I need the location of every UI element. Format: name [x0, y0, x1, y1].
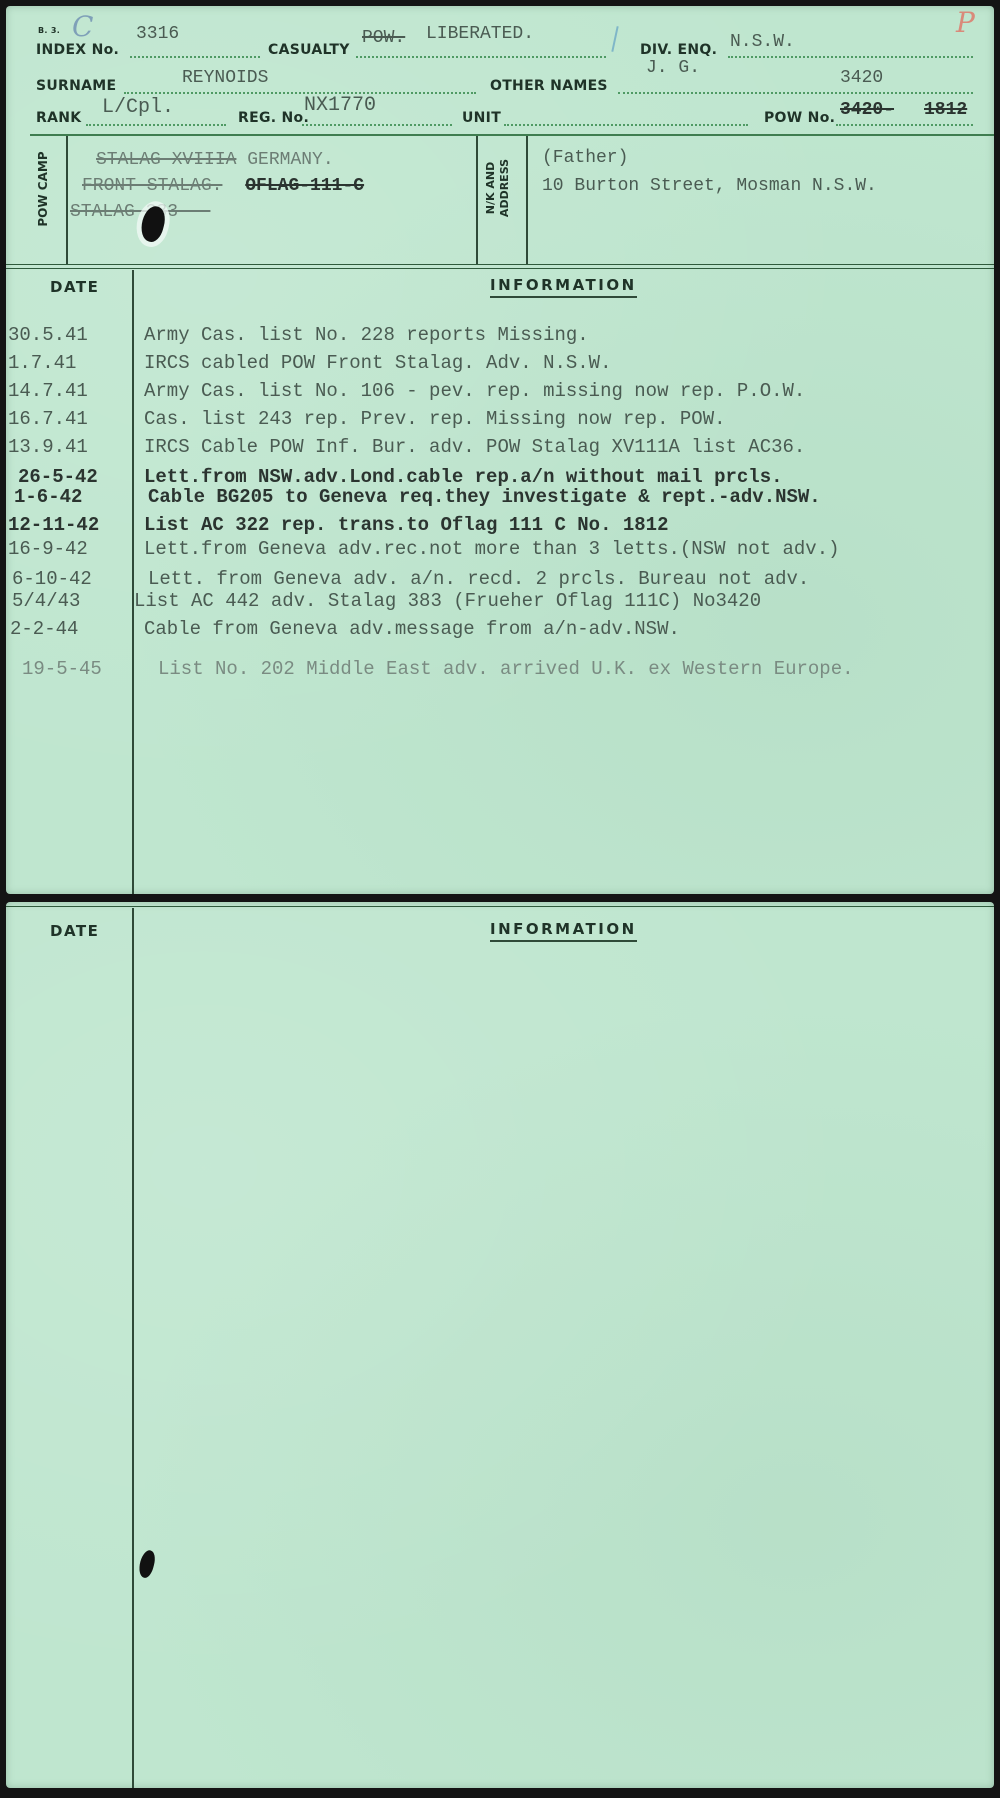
back-date-column-header: DATE — [50, 922, 99, 940]
reg-no-value: NX1770 — [304, 94, 376, 117]
table-divider-a — [6, 264, 994, 265]
nk-right-divider — [526, 136, 528, 264]
back-punch-mark — [137, 1549, 158, 1580]
blue-tick-mark — [611, 26, 618, 52]
row-information: Army Cas. list No. 228 reports Missing. — [144, 324, 589, 346]
row-date: 16.7.41 — [8, 408, 88, 430]
row-information: IRCS cabled POW Front Stalag. Adv. N.S.W… — [144, 352, 611, 374]
back-top-divider — [6, 906, 994, 907]
rank-line — [86, 124, 226, 126]
pow-camp-line-3: STALAG 383--- — [70, 202, 210, 222]
table-column-divider — [132, 270, 134, 894]
record-card-front: B. 3. C P INDEX No. 3316 CASUALTY POW. L… — [6, 6, 994, 894]
row-date: 5/4/43 — [12, 590, 80, 612]
row-date: 26-5-42 — [18, 466, 98, 488]
div-enq-value: N.S.W. — [730, 32, 795, 52]
surname-line — [124, 92, 476, 94]
row-information: Cas. list 243 rep. Prev. rep. Missing no… — [144, 408, 726, 430]
pow-camp-line-1-text: GERMANY. — [236, 150, 333, 170]
pow-camp-label: POW CAMP — [36, 134, 50, 244]
blue-pencil-mark: C — [72, 10, 93, 43]
row-date: 2-2-44 — [10, 618, 78, 640]
pow-no-line — [836, 124, 973, 126]
row-date: 14.7.41 — [8, 380, 88, 402]
row-date: 16-9-42 — [8, 538, 88, 560]
information-column-header: INFORMATION — [490, 276, 637, 298]
pow-no-struck-1: 3420- — [840, 100, 894, 120]
div-enq-line — [728, 56, 973, 58]
pow-camp-divider — [66, 136, 68, 264]
surname-value: REYNOIDS — [182, 68, 268, 88]
nk-address: 10 Burton Street, Mosman N.S.W. — [542, 176, 877, 196]
nk-label-line-2: ADDRESS — [498, 159, 511, 217]
rank-value: L/Cpl. — [102, 96, 174, 119]
index-no-value: 3316 — [136, 24, 179, 44]
unit-line — [504, 124, 748, 126]
pow-camp-line-2-struck: FRONT-STALAG. — [82, 176, 222, 196]
row-information: Cable from Geneva adv.message from a/n-a… — [144, 618, 680, 640]
row-information: Lett.from NSW.adv.Lond.cable rep.a/n wit… — [144, 466, 783, 488]
pow-camp-line-2-struck-bold: OFLAG-111-C — [245, 176, 364, 196]
casualty-label: CASUALTY — [268, 42, 350, 58]
unit-label: UNIT — [462, 110, 501, 126]
nk-relation: (Father) — [542, 148, 628, 168]
back-column-divider — [132, 908, 134, 1788]
red-pencil-mark: P — [956, 6, 975, 39]
row-information: Army Cas. list No. 106 - pev. rep. missi… — [144, 380, 805, 402]
row-information: List AC 442 adv. Stalag 383 (Frueher Ofl… — [134, 590, 761, 612]
reg-no-label: REG. No. — [238, 110, 309, 126]
row-information: List No. 202 Middle East adv. arrived U.… — [158, 658, 854, 680]
row-information: Lett. from Geneva adv. a/n. recd. 2 prcl… — [148, 568, 809, 590]
index-no-label: INDEX No. — [36, 42, 119, 58]
back-information-column-header: INFORMATION — [490, 920, 637, 942]
nk-address-label: N/K ANDADDRESS — [484, 138, 512, 238]
row-information: IRCS Cable POW Inf. Bur. adv. POW Stalag… — [144, 436, 805, 458]
row-date: 6-10-42 — [12, 568, 92, 590]
div-enq-label: DIV. ENQ. — [640, 42, 717, 58]
row-date: 12-11-42 — [8, 514, 99, 536]
nk-label-line-1: N/K AND — [484, 162, 497, 214]
row-date: 1.7.41 — [8, 352, 76, 374]
casualty-line — [356, 56, 606, 58]
form-code: B. 3. — [38, 26, 60, 35]
date-column-header: DATE — [50, 278, 99, 296]
nk-left-divider — [476, 136, 478, 264]
casualty-value: LIBERATED. — [426, 24, 534, 44]
pow-camp-line-2: FRONT-STALAG. OFLAG-111-C — [82, 176, 364, 196]
pow-camp-line-1-struck: STALAG-XVIIIA — [96, 150, 236, 170]
table-divider-b — [6, 268, 994, 269]
casualty-struck-value: POW. — [362, 28, 405, 48]
row-date: 19-5-45 — [22, 658, 102, 680]
row-date: 1-6-42 — [14, 486, 82, 508]
index-no-line — [130, 56, 260, 58]
surname-label: SURNAME — [36, 78, 116, 94]
other-names-value: J. G. — [646, 58, 700, 78]
other-names-label: OTHER NAMES — [490, 78, 608, 94]
rank-label: RANK — [36, 110, 81, 126]
section-divider-top — [30, 134, 994, 136]
other-names-line — [618, 92, 973, 94]
pow-camp-line-1: STALAG-XVIIIA GERMANY. — [96, 150, 334, 170]
row-information: List AC 322 rep. trans.to Oflag 111 C No… — [144, 514, 669, 536]
pow-no-struck-2: 1812 — [924, 100, 967, 120]
row-date: 13.9.41 — [8, 436, 88, 458]
other-names-extra-value: 3420 — [840, 68, 883, 88]
row-information: Lett.from Geneva adv.rec.not more than 3… — [144, 538, 840, 560]
reg-no-line — [302, 124, 452, 126]
row-date: 30.5.41 — [8, 324, 88, 346]
row-information: Cable BG205 to Geneva req.they investiga… — [148, 486, 821, 508]
pow-no-label: POW No. — [764, 110, 835, 126]
record-card-back: DATE INFORMATION — [6, 902, 994, 1788]
